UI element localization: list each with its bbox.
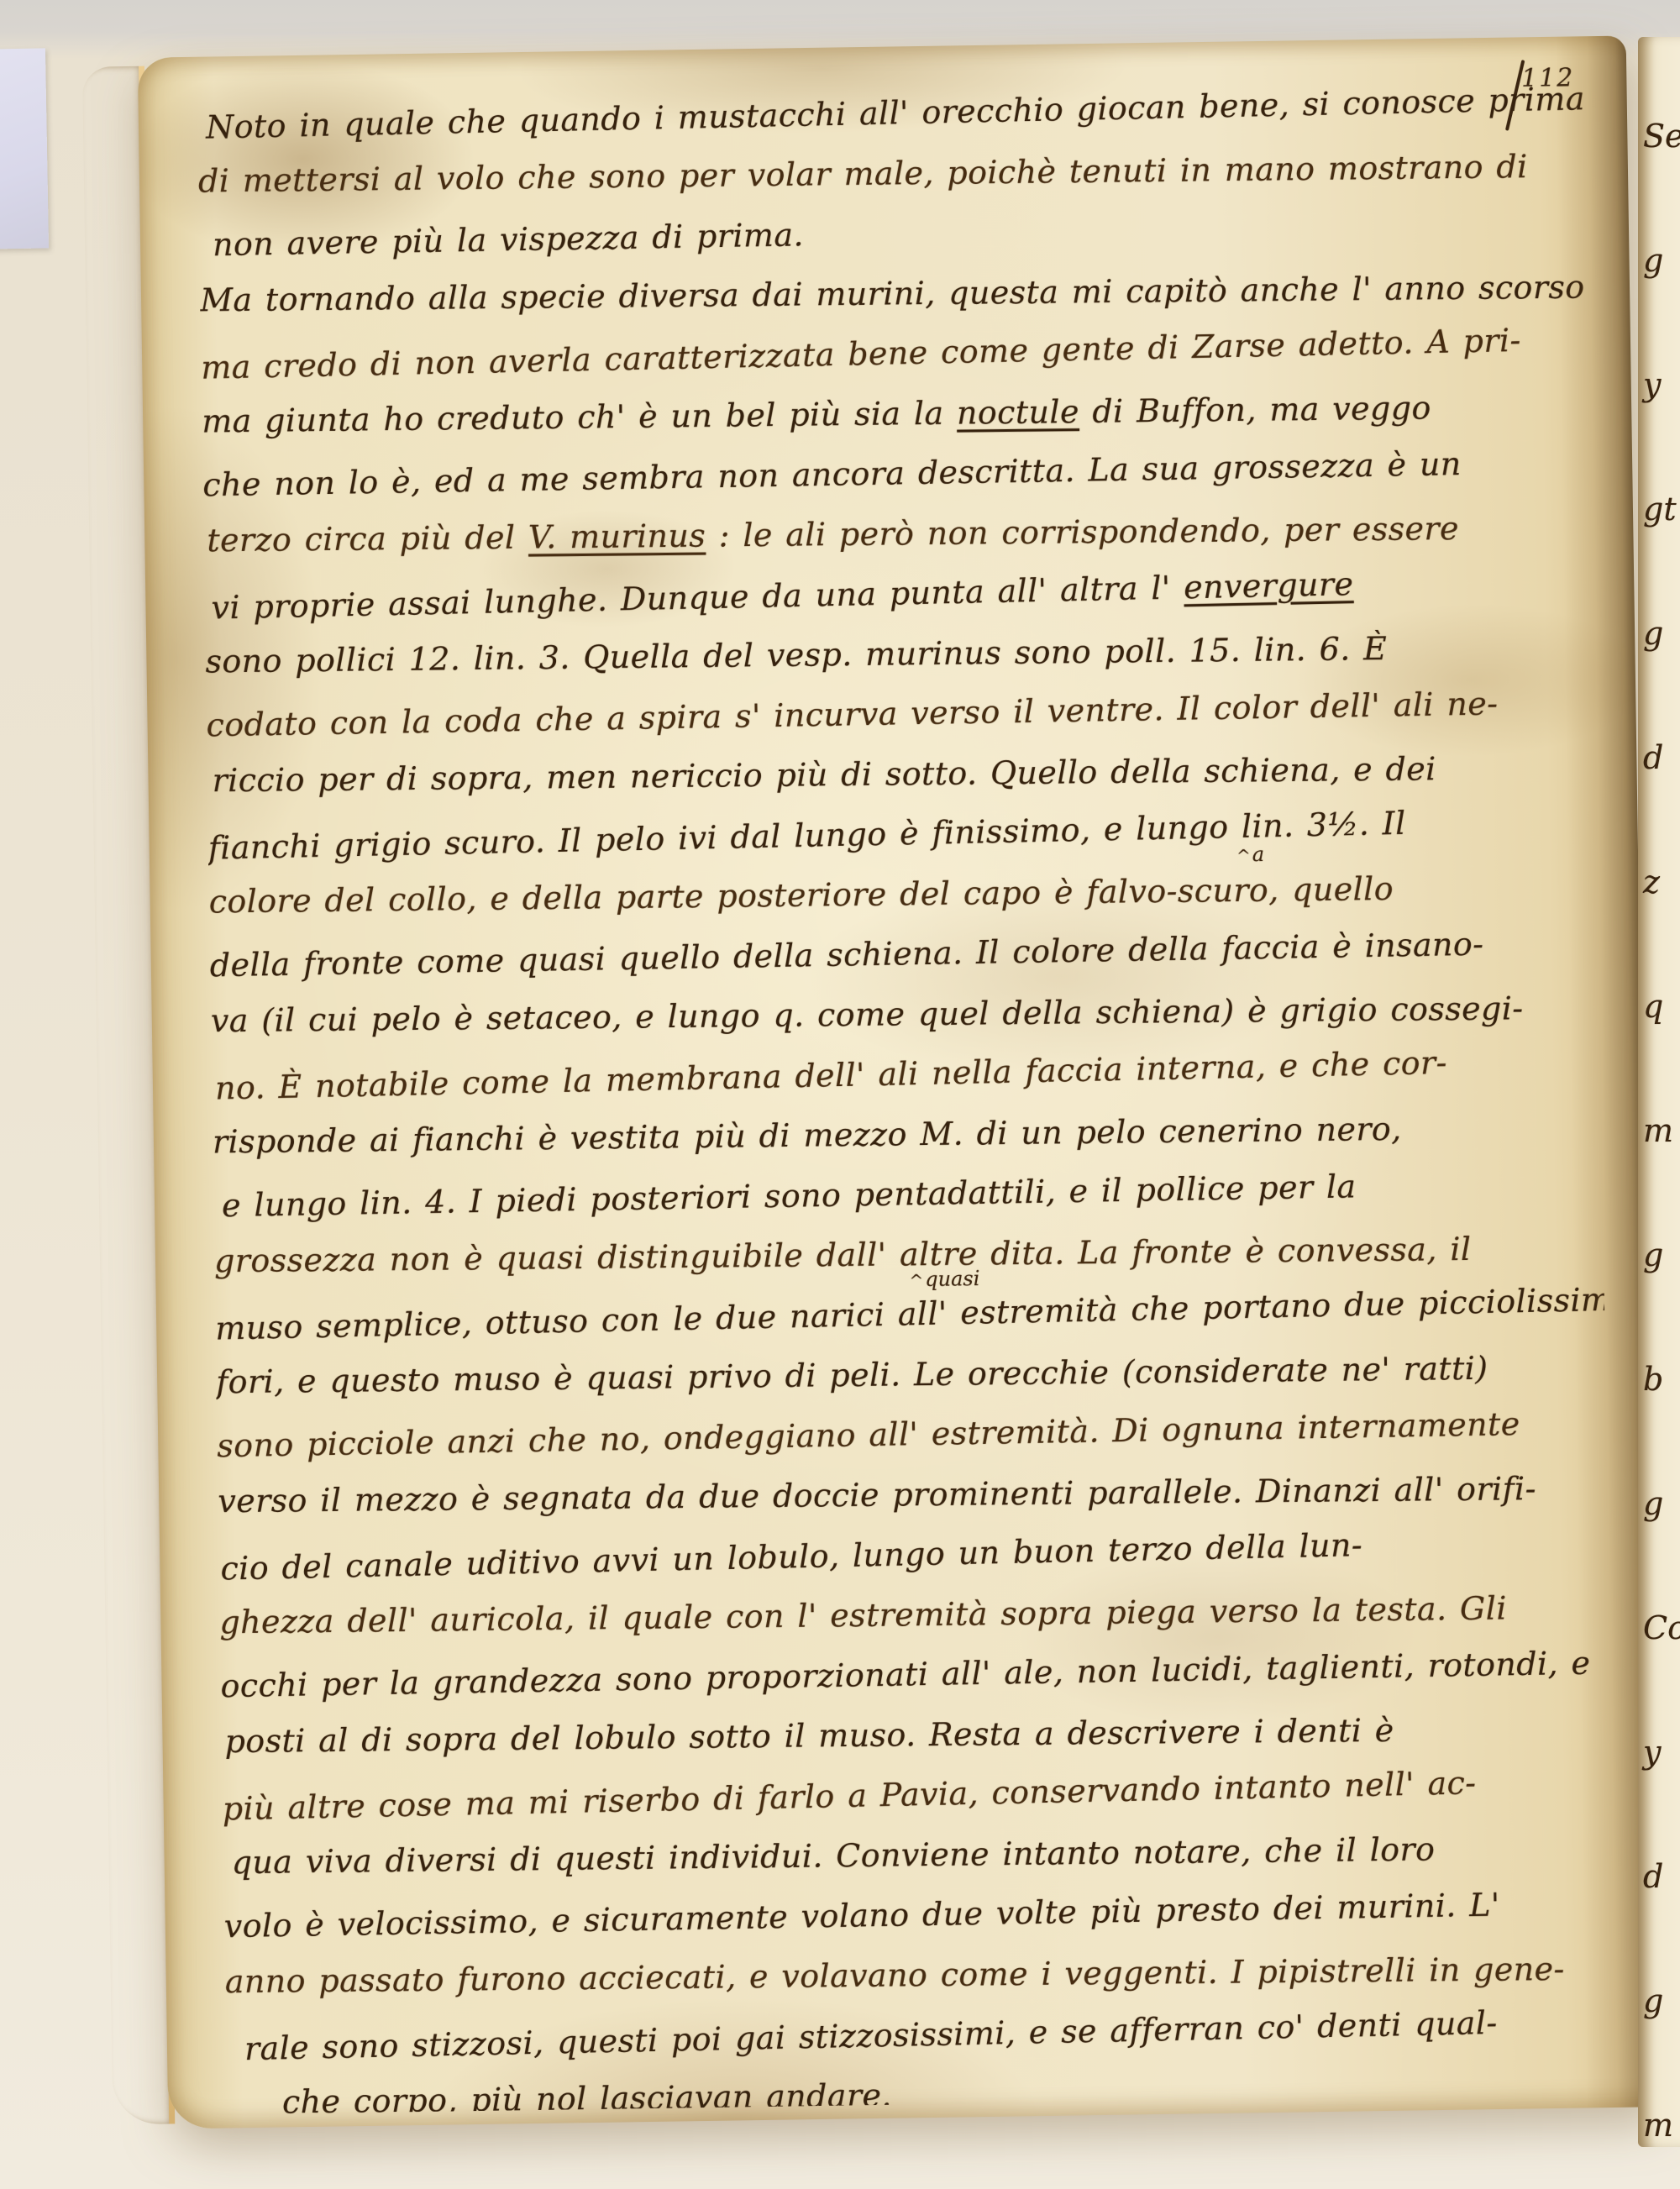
facing-page-fragment: gt — [1643, 491, 1677, 528]
facing-page-fragment: Sen — [1643, 118, 1680, 155]
underlined-term: envergure — [1184, 565, 1354, 606]
interlinear-insertion: a — [1236, 842, 1264, 865]
facing-page-fragment: g — [1643, 242, 1663, 279]
facing-page-fragment: y — [1643, 1734, 1661, 1771]
manuscript-lines: Noto in quale che quando i mustacchi all… — [197, 73, 1616, 2114]
underlined-term: V. murinus — [528, 517, 706, 555]
underlined-term: noctule — [957, 393, 1079, 432]
manuscript-book: 112 Noto in quale che quando i mustacchi… — [82, 36, 1656, 2130]
manuscript-page: 112 Noto in quale che quando i mustacchi… — [138, 36, 1656, 2129]
facing-page-fragment: b — [1643, 1361, 1663, 1398]
facing-page-fragment: g — [1643, 1982, 1663, 2019]
facing-page-fragment: m — [1643, 1112, 1673, 1149]
facing-page-fragment: d — [1643, 739, 1663, 776]
facing-page-fragment: y — [1643, 366, 1661, 403]
facing-page-fragment: m — [1643, 2107, 1673, 2144]
facing-page-sliver: SengygtgdzqmgbgConydgm — [1638, 37, 1680, 2147]
interlinear-insertion: quasi — [909, 1267, 979, 1291]
facing-page-fragment: g — [1643, 615, 1663, 652]
facing-page-fragment: q — [1643, 988, 1663, 1025]
facing-page-fragment: g — [1643, 1485, 1663, 1522]
facing-page-fragment: Con — [1643, 1609, 1680, 1646]
photo-backdrop: { "colors":{ "backdrop":"#ece4d3", "back… — [0, 0, 1680, 2189]
facing-page-fragment: g — [1643, 1236, 1663, 1273]
facing-page-fragment: d — [1643, 1858, 1663, 1895]
color-calibration-card — [0, 48, 49, 249]
facing-page-fragment: z — [1643, 864, 1660, 900]
